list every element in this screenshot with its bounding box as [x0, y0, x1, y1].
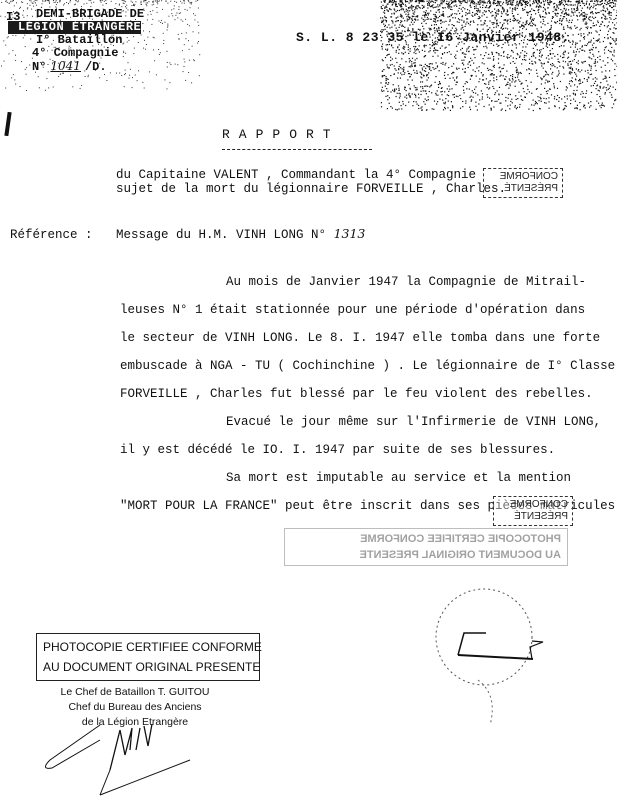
reference-line: Référence :Message du H.M. VINH LONG N° …: [10, 226, 365, 242]
handwritten-signature-icon: [40, 720, 240, 800]
letterhead: DEMI-BRIGADE DE LÉGION ÉTRANGÈRE I° Bata…: [8, 8, 198, 74]
certification-line: AU DOCUMENT ORIGINAL PRESENTE: [43, 657, 253, 677]
stamp-line: AU DOCUMENT ORIGINAL PRESENTE: [291, 547, 561, 563]
mirrored-stamp: CONFORME PRÉSENTÉ: [483, 168, 563, 198]
reference-text: Message du H.M. VINH LONG N°: [116, 228, 326, 242]
signatory-title: Le Chef de Bataillon T. GUITOU: [30, 685, 240, 700]
body-line: il y est décédé le IO. I. 1947 par suite…: [120, 436, 617, 464]
round-seal-icon: [428, 585, 568, 725]
subject-line: du Capitaine VALENT , Commandant la 4° C…: [116, 168, 506, 182]
reference-label: Référence :: [10, 228, 116, 242]
number-suffix: /D.: [85, 60, 107, 74]
stamp-line: PRÉSENTÉ: [488, 183, 558, 195]
report-body: Au mois de Janvier 1947 la Compagnie de …: [120, 268, 617, 520]
reference-number: N°1041/D.: [8, 60, 198, 74]
body-line: Au mois de Janvier 1947 la Compagnie de …: [120, 268, 617, 296]
corner-mark: I3: [6, 10, 20, 24]
stamp-line: PRÉSENTÉ: [498, 511, 568, 523]
body-line: embuscade à NGA - TU ( Cochinchine ) . L…: [120, 352, 617, 380]
subject-block: du Capitaine VALENT , Commandant la 4° C…: [116, 168, 506, 196]
body-line: Sa mort est imputable au service et la m…: [120, 464, 617, 492]
number-prefix: N°: [32, 60, 46, 74]
stamp-line: PHOTOCOPIE CERTIFIEE CONFORME: [291, 531, 561, 547]
stamp-line: CONFORME: [488, 171, 558, 183]
dateline: S. L. 8 23 35 le I6 Janvier 1948.: [296, 30, 570, 45]
signatory-role: Chef du Bureau des Anciens: [30, 700, 240, 715]
body-line: Evacué le jour même sur l'Infirmerie de …: [120, 408, 617, 436]
letterhead-line: 4° Compagnie: [8, 47, 198, 60]
certification-stamp: PHOTOCOPIE CERTIFIEE CONFORME AU DOCUMEN…: [36, 633, 260, 681]
subject-line: sujet de la mort du légionnaire FORVEILL…: [116, 182, 506, 196]
mirrored-certification-stamp: PHOTOCOPIE CERTIFIEE CONFORME AU DOCUMEN…: [284, 528, 568, 566]
mirrored-stamp: CONFORME PRÉSENTÉ: [493, 496, 573, 526]
scan-artifact: [4, 112, 11, 136]
body-line: FORVEILLE , Charles fut blessé par le fe…: [120, 380, 617, 408]
stamp-line: CONFORME: [498, 499, 568, 511]
certification-line: PHOTOCOPIE CERTIFIEE CONFORME: [43, 637, 253, 657]
body-line: leuses N° 1 était stationnée pour une pé…: [120, 296, 617, 324]
title-underline: [222, 149, 372, 150]
handwritten-number: 1041: [46, 59, 85, 73]
reference-handwritten-number: 1313: [334, 226, 366, 241]
body-line: le secteur de VINH LONG. Le 8. I. 1947 e…: [120, 324, 617, 352]
document-title: RAPPORT: [222, 127, 340, 142]
